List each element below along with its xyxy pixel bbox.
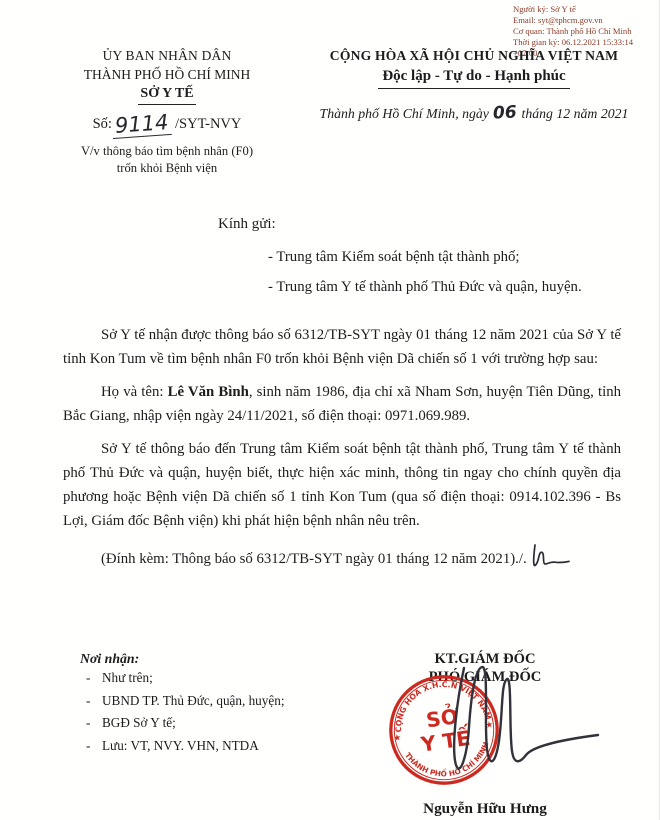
recipient-list: - Trung tâm Kiểm soát bệnh tật thành phố… [268,242,621,302]
agency-parent-line: ỦY BAN NHÂN DÂN [42,48,292,64]
paragraph-patient-info: Họ và tên: Lê Văn Bình, sinh năm 1986, đ… [63,381,621,429]
date-suffix: tháng 12 năm 2021 [522,106,629,121]
document-number-line: Số:9114 /SYT-NVY [42,109,292,134]
document-number-prefix: Số: [93,116,112,132]
distribution-item-label: Lưu: VT, NVY. VHN, NTDA [102,735,259,758]
stamp-signer: Người ký: Sở Y tế [513,4,641,15]
attachment-note: (Đính kèm: Thông báo số 6312/TB-SYT ngày… [101,551,527,567]
distribution-item-label: Như trên; [102,667,153,690]
salutation: Kính gửi: [218,212,621,236]
date-prefix: Thành phố Hồ Chí Minh, ngày [320,106,489,121]
dash-bullet: - [80,712,102,735]
stamp-agency: Cơ quan: Thành phố Hồ Chí Minh [513,26,641,37]
agency-city-line: THÀNH PHỐ HỒ CHÍ MINH [42,67,292,83]
distribution-item: -UBND TP. Thủ Đức, quận, huyện; [80,690,285,713]
document-number-suffix: /SYT-NVY [175,116,241,132]
paragraph-instruction: Sở Y tế thông báo đến Trung tâm Kiểm soá… [63,438,621,534]
document-header: ỦY BAN NHÂN DÂN THÀNH PHỐ HỒ CHÍ MINH SỞ… [0,48,660,177]
national-motto-line2: Độc lập - Tự do - Hạnh phúc [378,68,569,89]
distribution-item-label: UBND TP. Thủ Đức, quận, huyện; [102,690,285,713]
stamp-email: Email: syt@tphcm.gov.vn [513,15,641,26]
date-line: Thành phố Hồ Chí Minh, ngày 06 tháng 12 … [294,103,654,123]
issuing-agency-block: ỦY BAN NHÂN DÂN THÀNH PHỐ HỒ CHÍ MINH SỞ… [42,48,292,177]
document-number-handwritten: 9114 [111,110,172,139]
national-motto-line1: CỘNG HÒA XÃ HỘI CHỦ NGHĨA VIỆT NAM [294,48,654,64]
handwritten-initial-mark [529,543,571,569]
national-motto-block: CỘNG HÒA XÃ HỘI CHỦ NGHĨA VIỆT NAM Độc l… [294,48,654,177]
recipient-item: - Trung tâm Kiểm soát bệnh tật thành phố… [268,242,621,272]
handwritten-signature [380,648,660,798]
distribution-title: Nơi nhận: [80,651,285,667]
subject-line2: trốn khỏi Bệnh viện [42,160,292,177]
distribution-item: -Lưu: VT, NVY. VHN, NTDA [80,735,285,758]
dash-bullet: - [80,667,102,690]
agency-name: SỞ Y TẾ [138,86,195,105]
recipient-item: - Trung tâm Y tế thành phố Thủ Đức và qu… [268,272,621,302]
distribution-item: -BGĐ Sở Y tế; [80,712,285,735]
attachment-line: (Đính kèm: Thông báo số 6312/TB-SYT ngày… [63,543,621,572]
patient-info-prefix: Họ và tên: [101,384,168,400]
document-body: Kính gửi: - Trung tâm Kiểm soát bệnh tật… [63,212,621,572]
distribution-item: -Như trên; [80,667,285,690]
date-day-handwritten: 06 [492,102,519,123]
dash-bullet: - [80,690,102,713]
official-document-page: Người ký: Sở Y tế Email: syt@tphcm.gov.v… [0,0,660,820]
dash-bullet: - [80,735,102,758]
distribution-item-label: BGĐ Sở Y tế; [102,712,176,735]
patient-name: Lê Văn Bình [168,384,249,400]
distribution-block: Nơi nhận: -Như trên; -UBND TP. Thủ Đức, … [80,651,285,757]
paragraph-notice: Sở Y tế nhận được thông báo số 6312/TB-S… [63,324,621,372]
document-subject: V/v thông báo tìm bệnh nhân (F0) trốn kh… [42,143,292,177]
subject-line1: V/v thông báo tìm bệnh nhân (F0) [42,143,292,160]
signer-name: Nguyễn Hữu Hưng [340,800,630,818]
